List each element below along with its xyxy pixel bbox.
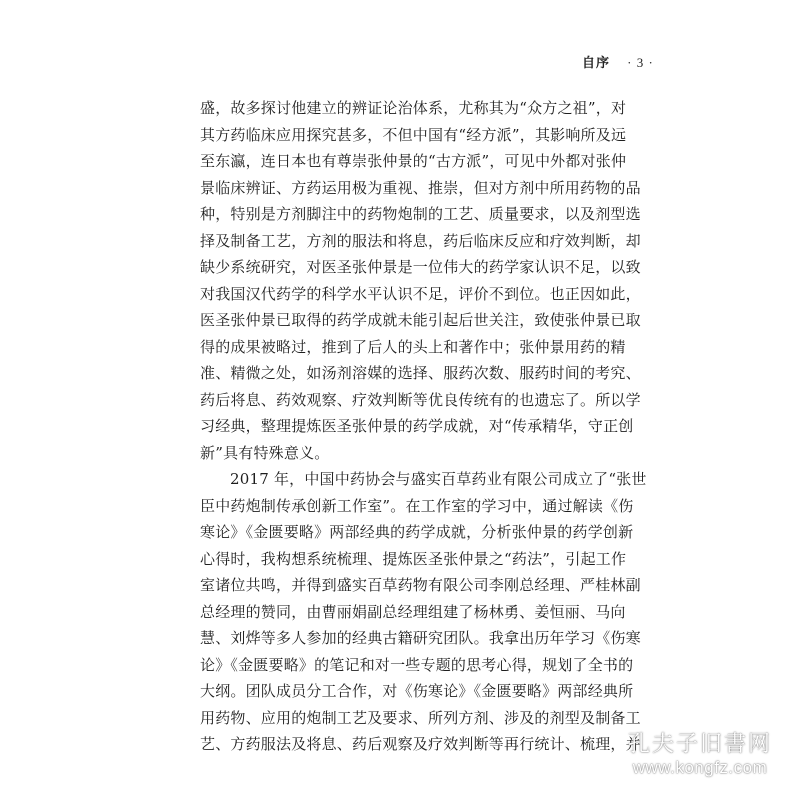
text-line: 医圣张仲景已取得的药学成就未能引起后世关注，致使张仲景已取 [200,307,602,334]
text-line: 种，特别是方剂脚注中的药物炮制的工艺、质量要求，以及剂型选 [200,201,602,228]
text-line: 心得时，我构想系统梳理、提炼医圣张仲景之“药法”，引起工作 [200,546,602,573]
text-line: 至东瀛，连日本也有尊崇张仲景的“古方派”，可见中外都对张仲 [200,148,602,175]
text-line: 缺少系统研究，对医圣张仲景是一位伟大的药学家认识不足，以致 [200,254,602,281]
text-line: 用药物、应用的炮制工艺及要求、所列方剂、涉及的剂型及制备工 [200,705,602,732]
text-line: 景临床辨证、方药运用极为重视、推崇，但对方剂中所用药物的品 [200,175,602,202]
paragraph-2: 2017 年，中国中药协会与盛实百草药业有限公司成立了“张世 臣中药炮制传承创新… [200,466,602,758]
page-number: · 3 · [627,55,654,70]
text-line: 得的成果被略过，推到了后人的头上和著作中；张仲景用药的精 [200,334,602,361]
text-line: 准、精微之处，如汤剂溶媒的选择、服药次数、服药时间的考究、 [200,360,602,387]
body-text: 盛，故多探讨他建立的辨证论治体系，尤称其为“众方之祖”，对 其方药临床应用探究甚… [200,95,602,758]
watermark-title: 孔夫子旧書网 [600,732,800,758]
text-line: 室诸位共鸣，并得到盛实百草药物有限公司李刚总经理、严桂林副 [200,572,602,599]
text-line: 论》《金匮要略》的笔记和对一些专题的思考心得，规划了全书的 [200,652,602,679]
text-line: 新”具有特殊意义。 [200,440,602,467]
text-line: 其方药临床应用探究甚多，不但中国有“经方派”，其影响所及远 [200,122,602,149]
watermark-url: www.kongfz.com [600,758,800,778]
text-line: 2017 年，中国中药协会与盛实百草药业有限公司成立了“张世 [200,466,602,493]
text-line: 艺、方药服法及将息、药后观察及疗效判断等再行统计、梳理，并 [200,731,602,758]
text-line: 臣中药炮制传承创新工作室”。在工作室的学习中，通过解读《伤 [200,493,602,520]
section-title: 自序 [582,56,610,71]
text-line: 大纲。团队成员分工合作，对《伤寒论》《金匮要略》两部经典所 [200,678,602,705]
paragraph-1: 盛，故多探讨他建立的辨证论治体系，尤称其为“众方之祖”，对 其方药临床应用探究甚… [200,95,602,466]
text-line: 慧、刘烨等多人参加的经典古籍研究团队。我拿出历年学习《伤寒 [200,625,602,652]
text-line: 药后将息、药效观察、疗效判断等优良传统有的也遗忘了。所以学 [200,387,602,414]
text-line: 择及制备工艺，方剂的服法和将息，药后临床反应和疗效判断，却 [200,228,602,255]
watermark: 孔夫子旧書网 www.kongfz.com [600,732,800,778]
text-line: 总经理的赞同，由曹丽娟副总经理组建了杨林勇、姜恒丽、马向 [200,599,602,626]
text-line: 盛，故多探讨他建立的辨证论治体系，尤称其为“众方之祖”，对 [200,95,602,122]
text-line: 习经典，整理提炼医圣张仲景的药学成就，对“传承精华，守正创 [200,413,602,440]
text-line: 对我国汉代药学的科学水平认识不足，评价不到位。也正因如此， [200,281,602,308]
text-line: 寒论》《金匮要略》两部经典的药学成就，分析张仲景的药学创新 [200,519,602,546]
running-header: 自序 · 3 · [582,52,654,71]
